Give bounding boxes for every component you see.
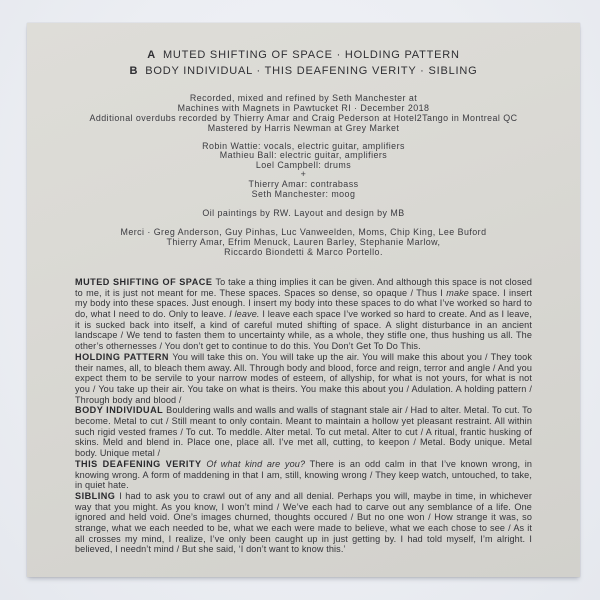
thanks-line: Riccardo Biondetti & Marco Portello.: [27, 248, 580, 258]
personnel-list: Robin Wattie: vocals, electric guitar, a…: [27, 142, 580, 200]
lyric-paragraph: THIS DEAFENING VERITY Of what kind are y…: [75, 459, 532, 491]
tracklist: AMUTED SHIFTING OF SPACE · HOLDING PATTE…: [27, 48, 580, 79]
lyric-song-title: MUTED SHIFTING OF SPACE: [75, 277, 216, 287]
tracklist-side-a: AMUTED SHIFTING OF SPACE · HOLDING PATTE…: [27, 48, 580, 64]
lyric-paragraph: SIBLING I had to ask you to crawl out of…: [75, 491, 532, 555]
thanks-list: Merci · Greg Anderson, Guy Pinhas, Luc V…: [27, 228, 580, 258]
lyric-paragraph: HOLDING PATTERN You will take this on. Y…: [75, 352, 532, 406]
lyric-paragraph: MUTED SHIFTING OF SPACE To take a thing …: [75, 277, 532, 352]
lyric-song-title: HOLDING PATTERN: [75, 352, 172, 362]
lyric-song-title: SIBLING: [75, 491, 119, 501]
lyrics-section: MUTED SHIFTING OF SPACE To take a thing …: [75, 277, 532, 555]
lyric-italic-segment: Of what kind are you?: [206, 459, 305, 469]
side-a-label: A: [147, 49, 156, 61]
artwork-credit: Oil paintings by RW. Layout and design b…: [27, 208, 580, 218]
side-b-label: B: [130, 65, 139, 77]
side-a-titles: MUTED SHIFTING OF SPACE · HOLDING PATTER…: [163, 49, 460, 61]
tracklist-side-b: BBODY INDIVIDUAL · THIS DEAFENING VERITY…: [27, 64, 580, 80]
liner-notes-insert: AMUTED SHIFTING OF SPACE · HOLDING PATTE…: [27, 23, 580, 577]
side-b-titles: BODY INDIVIDUAL · THIS DEAFENING VERITY …: [145, 65, 477, 77]
credit-line: Mastered by Harris Newman at Grey Market: [27, 124, 580, 134]
lyric-song-title: BODY INDIVIDUAL: [75, 405, 166, 415]
lyric-paragraph: BODY INDIVIDUAL Bouldering walls and wal…: [75, 405, 532, 459]
lyric-italic-segment: make: [446, 288, 469, 298]
recording-credits: Recorded, mixed and refined by Seth Manc…: [27, 94, 580, 134]
lyric-segment: I had to ask you to crawl out of any and…: [75, 491, 532, 555]
lyric-song-title: THIS DEAFENING VERITY: [75, 459, 206, 469]
personnel-line: Seth Manchester: moog: [27, 190, 580, 200]
lyric-italic-segment: I leave.: [229, 309, 259, 319]
